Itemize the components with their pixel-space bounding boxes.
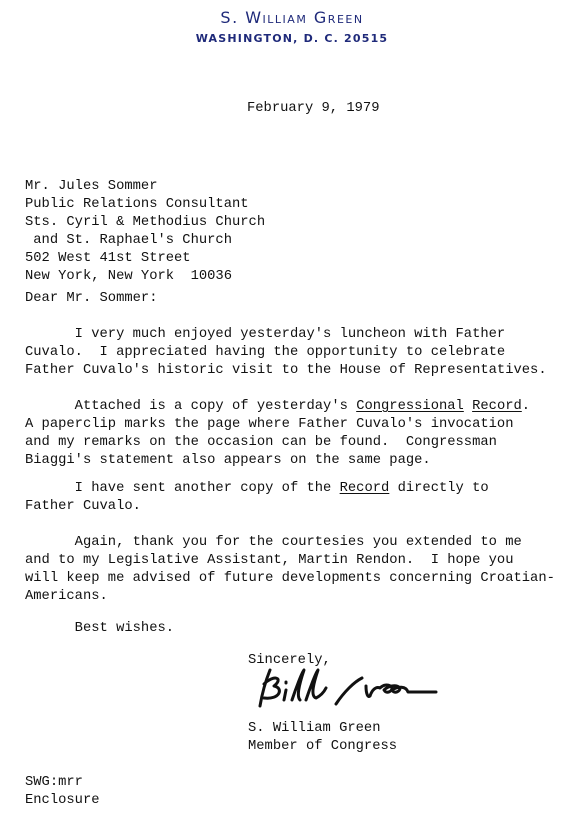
- text: [464, 399, 472, 414]
- letterhead-address: Washington, D. C. 20515: [0, 32, 584, 45]
- body-line: and to my Legislative Assistant, Martin …: [25, 552, 555, 570]
- body-line: A paperclip marks the page where Father …: [25, 416, 530, 434]
- text: I have sent another copy of the: [25, 481, 340, 496]
- body-line: I very much enjoyed yesterday's luncheon…: [25, 326, 547, 344]
- body-line: Father Cuvalo.: [25, 498, 489, 516]
- recipient-line: Sts. Cyril & Methodius Church: [25, 214, 265, 232]
- recipient-line: 502 West 41st Street: [25, 250, 265, 268]
- text: directly to: [389, 481, 488, 496]
- body-line: Father Cuvalo's historic visit to the Ho…: [25, 362, 547, 380]
- signer-name: S. William Green: [248, 720, 397, 738]
- recipient-line: Mr. Jules Sommer: [25, 178, 265, 196]
- recipient-line: New York, New York 10036: [25, 268, 265, 286]
- enclosure-note: Enclosure: [25, 792, 100, 810]
- paragraph-3: I have sent another copy of the Record d…: [25, 480, 489, 516]
- handwritten-signature: [250, 666, 440, 710]
- body-line: Biaggi's statement also appears on the s…: [25, 452, 530, 470]
- underlined-title: Congressional: [356, 399, 464, 414]
- signer-block: S. William GreenMember of Congress: [248, 720, 397, 756]
- reference-block: SWG:mrrEnclosure: [25, 774, 100, 810]
- text: .: [522, 399, 530, 414]
- body-line: will keep me advised of future developme…: [25, 570, 555, 588]
- underlined-title: Record: [472, 399, 522, 414]
- signer-title: Member of Congress: [248, 738, 397, 756]
- paragraph-1: I very much enjoyed yesterday's luncheon…: [25, 326, 547, 380]
- letter-date: February 9, 1979: [247, 100, 379, 118]
- paragraph-2: Attached is a copy of yesterday's Congre…: [25, 398, 530, 470]
- recipient-address: Mr. Jules SommerPublic Relations Consult…: [25, 160, 265, 304]
- body-line: Americans.: [25, 588, 555, 606]
- body-line: I have sent another copy of the Record d…: [25, 480, 489, 498]
- paragraph-4: Again, thank you for the courtesies you …: [25, 534, 555, 606]
- body-line: Cuvalo. I appreciated having the opportu…: [25, 344, 547, 362]
- body-line: Attached is a copy of yesterday's Congre…: [25, 398, 530, 416]
- recipient-line: Public Relations Consultant: [25, 196, 265, 214]
- recipient-line: and St. Raphael's Church: [25, 232, 265, 250]
- paragraph-5: Best wishes.: [25, 620, 174, 638]
- salutation: Dear Mr. Sommer:: [25, 290, 157, 308]
- letterhead-name: S. William Green: [0, 8, 584, 27]
- body-line: and my remarks on the occasion can be fo…: [25, 434, 530, 452]
- underlined-title: Record: [340, 481, 390, 496]
- text: Attached is a copy of yesterday's: [25, 399, 356, 414]
- body-line: Again, thank you for the courtesies you …: [25, 534, 555, 552]
- reference-initials: SWG:mrr: [25, 774, 100, 792]
